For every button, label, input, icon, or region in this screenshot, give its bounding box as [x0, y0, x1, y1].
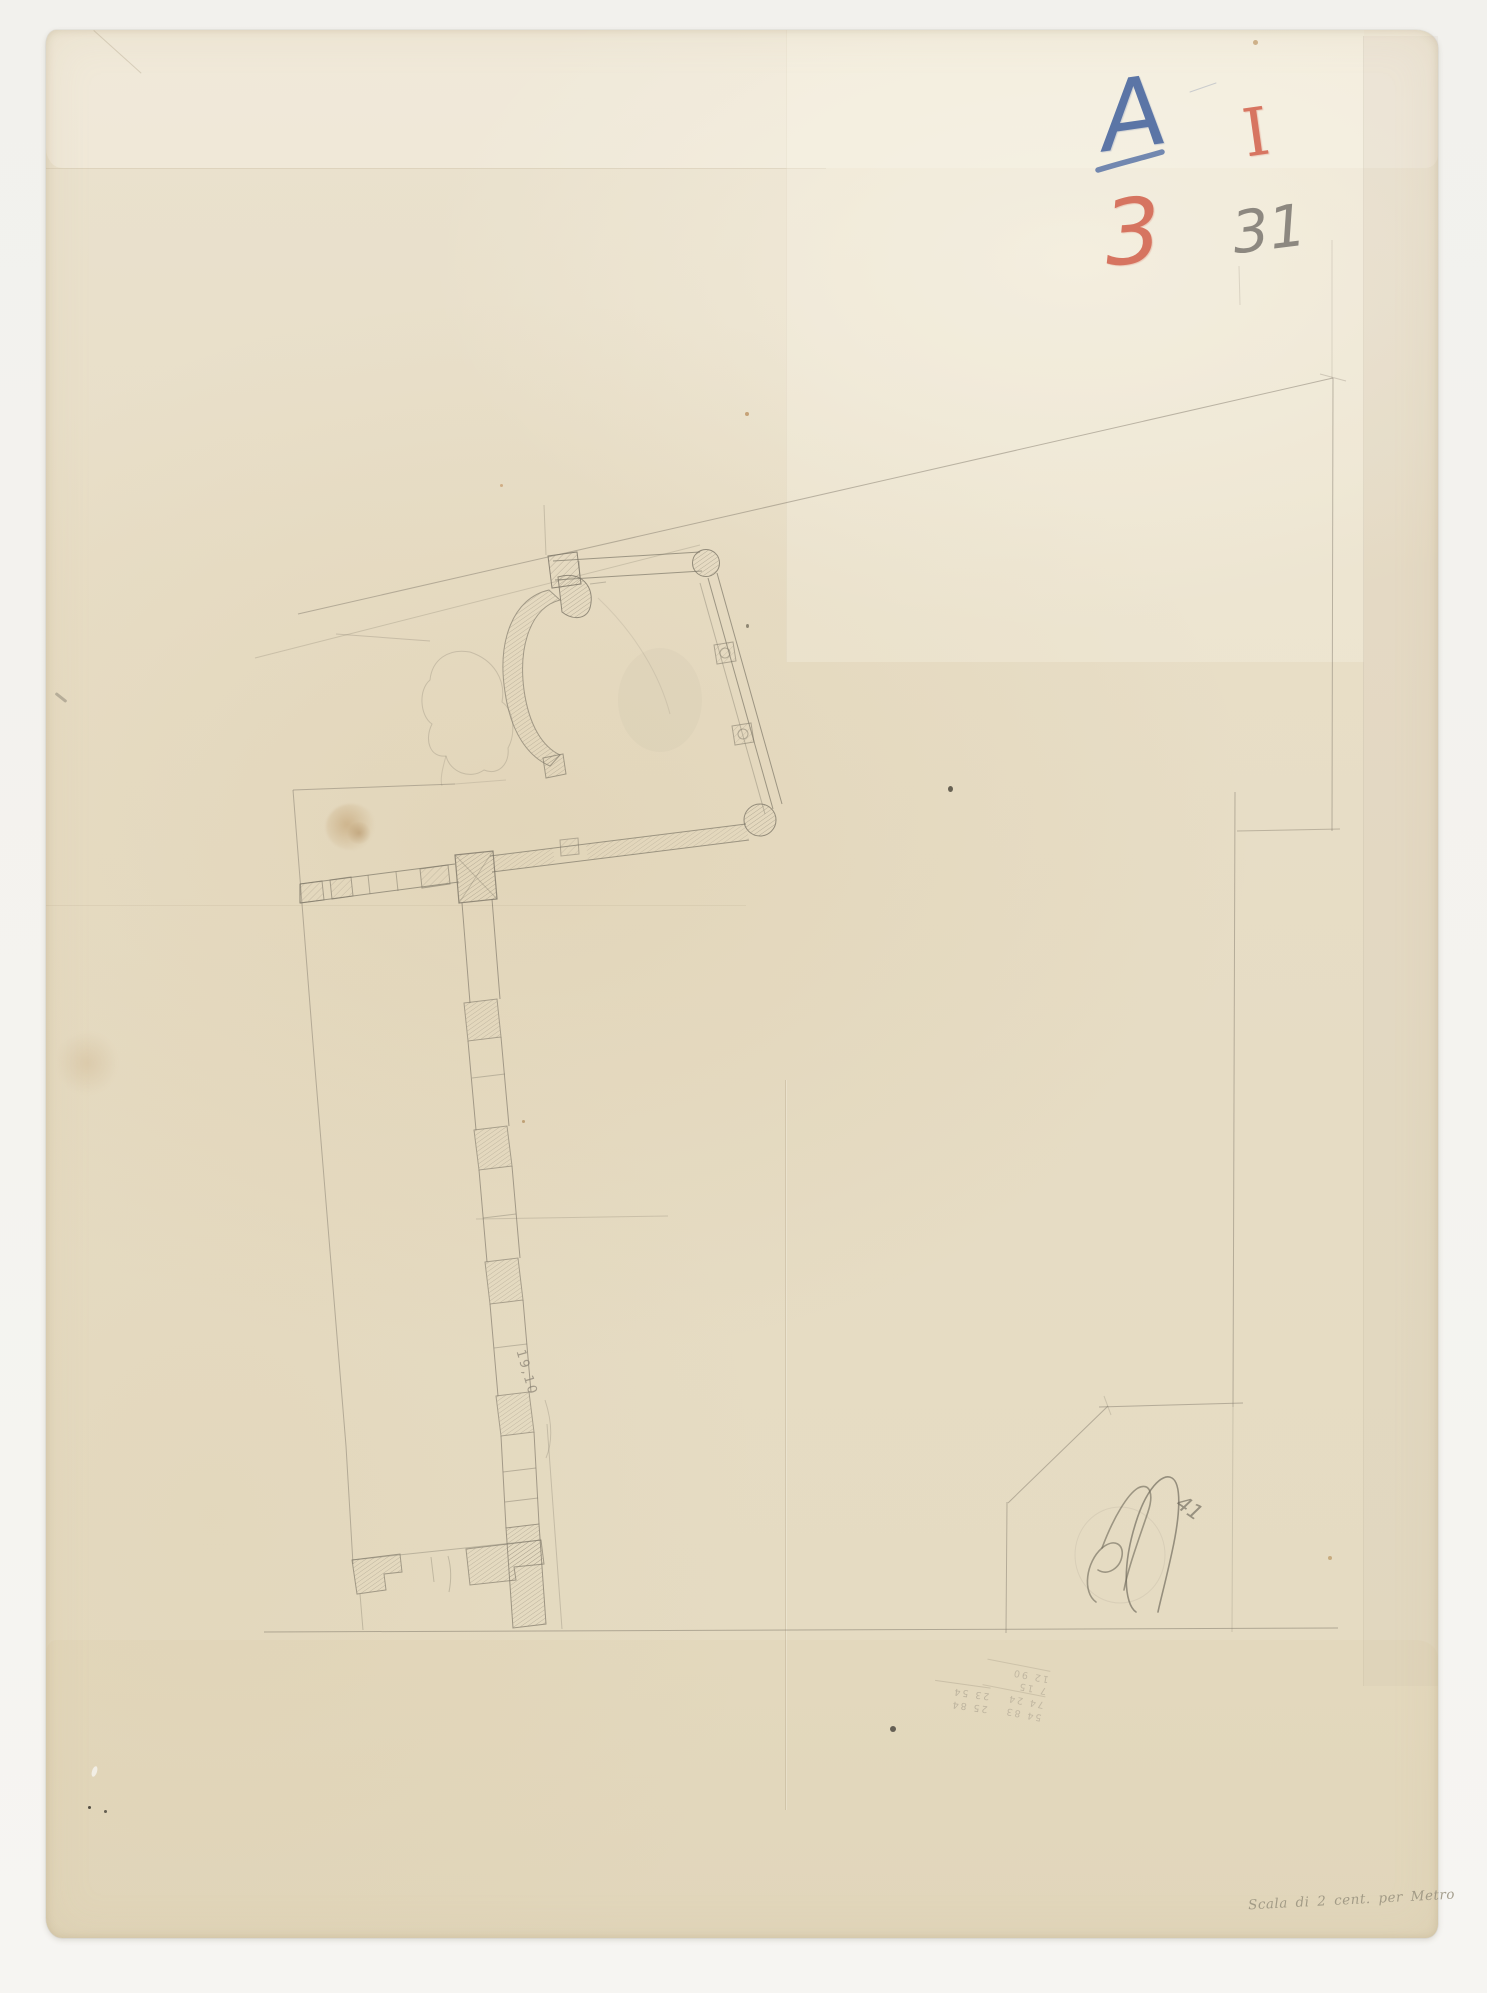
paper-fold-line — [46, 168, 826, 169]
paper-crease-horizontal — [46, 905, 746, 906]
stain — [326, 804, 376, 850]
paper-nick — [90, 1765, 98, 1777]
paper-sheet — [46, 30, 1438, 1938]
speck — [746, 624, 749, 628]
speck — [745, 412, 749, 416]
paper-corner-crease — [93, 30, 141, 74]
speck — [522, 1120, 525, 1123]
speck — [104, 1810, 107, 1813]
edge-mark — [55, 692, 68, 703]
speck — [88, 1806, 91, 1809]
speck — [1328, 1556, 1332, 1560]
paper-tonal-right — [1363, 36, 1438, 1686]
speck — [948, 786, 953, 792]
speck — [1253, 40, 1258, 45]
scan-page: { "colors": { "background": "#f3f2ee", "… — [0, 0, 1487, 1993]
stain — [58, 1030, 116, 1096]
paper-edge-shading — [46, 30, 1438, 1938]
speck — [890, 1726, 896, 1732]
speck — [500, 484, 503, 487]
paper-tonal-quad — [786, 30, 1364, 662]
paper-tonal-band-top — [46, 30, 1438, 168]
stain — [346, 822, 372, 844]
paper-crease-vertical — [785, 1080, 786, 1810]
paper-tonal-bottom — [46, 1640, 1438, 1938]
